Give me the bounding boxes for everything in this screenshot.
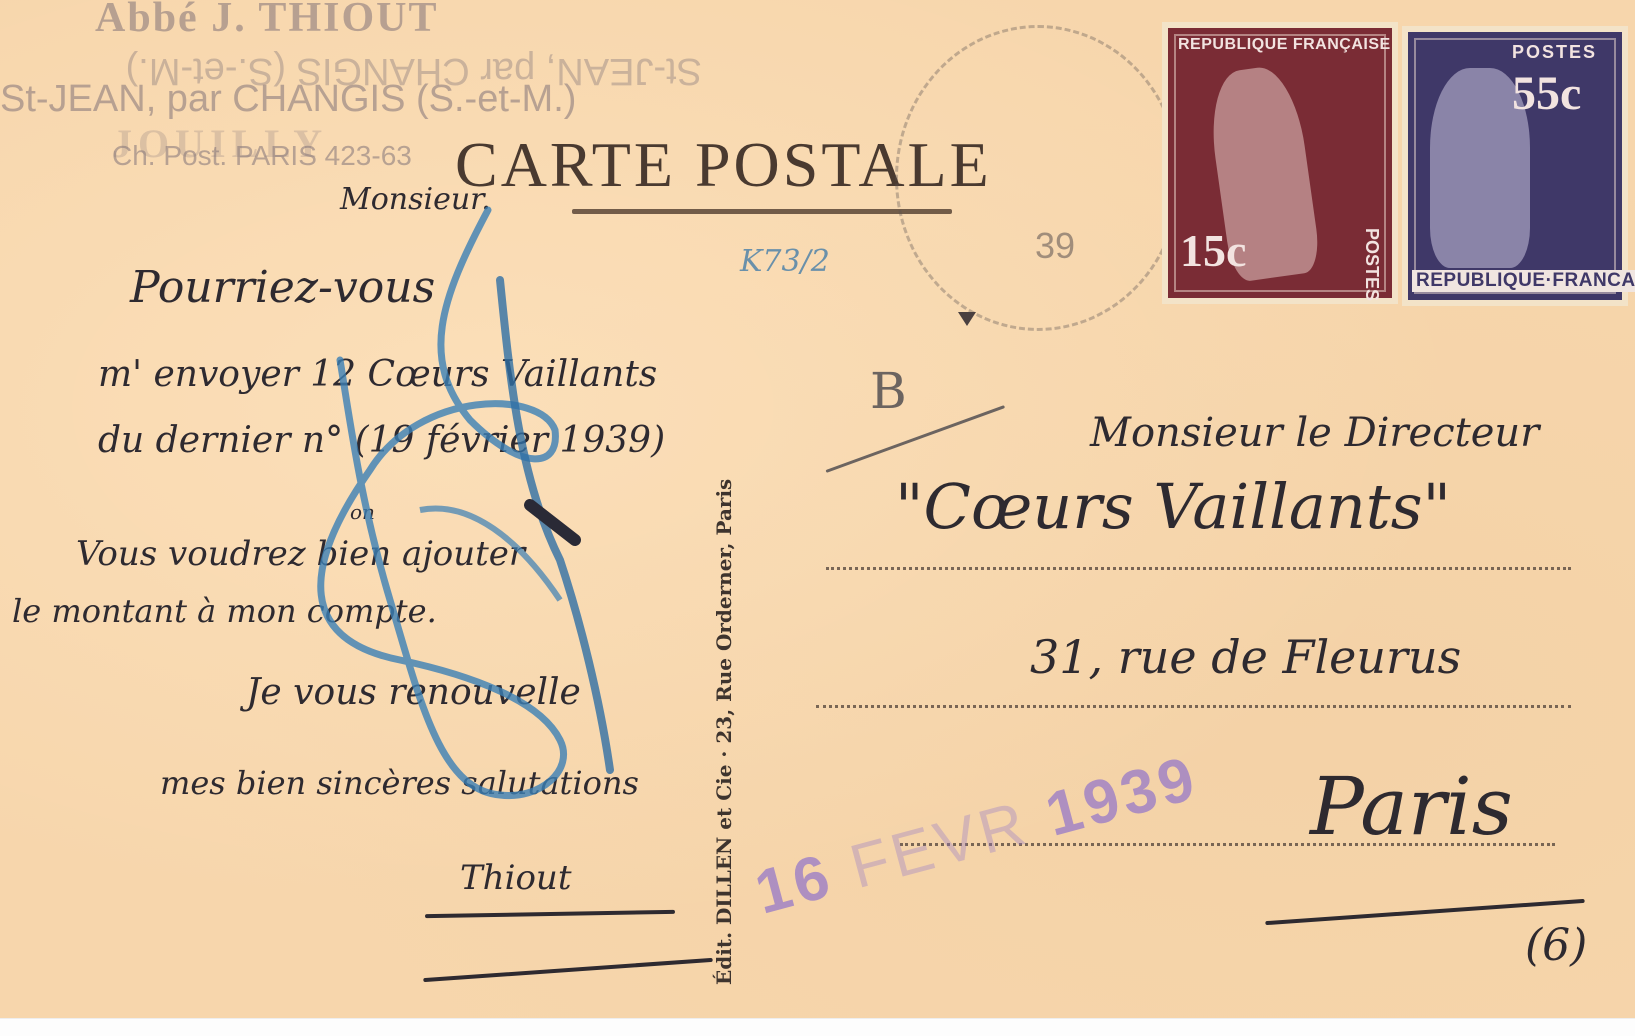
stamp-value: 15c <box>1180 224 1246 277</box>
letter-line: Pourriez-vous <box>130 262 435 313</box>
letter-line: Je vous renouvelle <box>246 672 581 713</box>
address-line-1: "Cœurs Vaillants" <box>895 470 1451 543</box>
address-dotted-line <box>826 567 1571 570</box>
letter-salutation: Monsieur. <box>340 182 491 217</box>
sender-postal-account: Ch. Post. PARIS 423-63 <box>112 140 412 172</box>
address-mark: B <box>870 362 907 420</box>
letter-signature: Thiout <box>460 858 571 898</box>
letter-line: m' envoyer 12 Cœurs Vaillants <box>98 354 657 395</box>
letter-line: le montant à mon compte. <box>12 592 437 630</box>
stamp-year: 1939 <box>1039 743 1206 849</box>
stamp-day: 16 <box>748 841 840 928</box>
letter-insert: on <box>350 500 375 524</box>
address-line-2: 31, rue de Fleurus <box>1030 630 1461 684</box>
pencil-stroke <box>825 405 1005 473</box>
address-note: (6) <box>1525 920 1587 971</box>
postcard: Abbé J. THIOUT St-JEAN, par CHANGIS (S.-… <box>0 0 1635 1018</box>
stamp-postes: POSTES <box>1361 228 1382 248</box>
letter-line: mes bien sincères salutations <box>160 764 639 802</box>
title-underline <box>572 209 952 214</box>
reference-note: K73/2 <box>740 244 830 279</box>
printer-imprint: Édit. DILLEN et Cie · 23, Rue Orderner, … <box>712 345 736 985</box>
letter-line: du dernier n° (19 février 1939) <box>98 420 665 461</box>
address-line-0: Monsieur le Directeur <box>1090 410 1539 456</box>
sender-address: St-JEAN, par CHANGIS (S.-et-M.) <box>0 78 576 121</box>
postmark-circle <box>895 25 1181 331</box>
letter-line: Vous voudrez bien ajouter <box>76 534 525 574</box>
postmark-triangle-icon <box>958 312 976 326</box>
stamp-postes: POSTES <box>1512 42 1597 63</box>
stamp-value: 55c <box>1512 66 1581 121</box>
postmark-year: 39 <box>1035 225 1075 267</box>
received-date-stamp: 16 FEVR 1939 <box>748 742 1206 928</box>
signature-flourish <box>423 958 713 982</box>
stamp-semeuse-15c: REPUBLIQUE FRANÇAISE 15c POSTES <box>1168 28 1392 298</box>
stamp-month: FEVR <box>843 789 1036 903</box>
stamp-country: REPUBLIQUE·FRANCAISE <box>1412 270 1635 292</box>
stamp-paix-55c: POSTES 55c REPUBLIQUE·FRANCAISE <box>1408 32 1622 300</box>
stamp-country: REPUBLIQUE FRANÇAISE <box>1178 36 1391 54</box>
page-margin <box>0 1018 1635 1036</box>
address-dotted-line <box>816 705 1571 708</box>
sender-name: Abbé J. THIOUT <box>95 0 438 42</box>
signature-underline <box>425 910 675 918</box>
address-line-3: Paris <box>1310 760 1513 853</box>
